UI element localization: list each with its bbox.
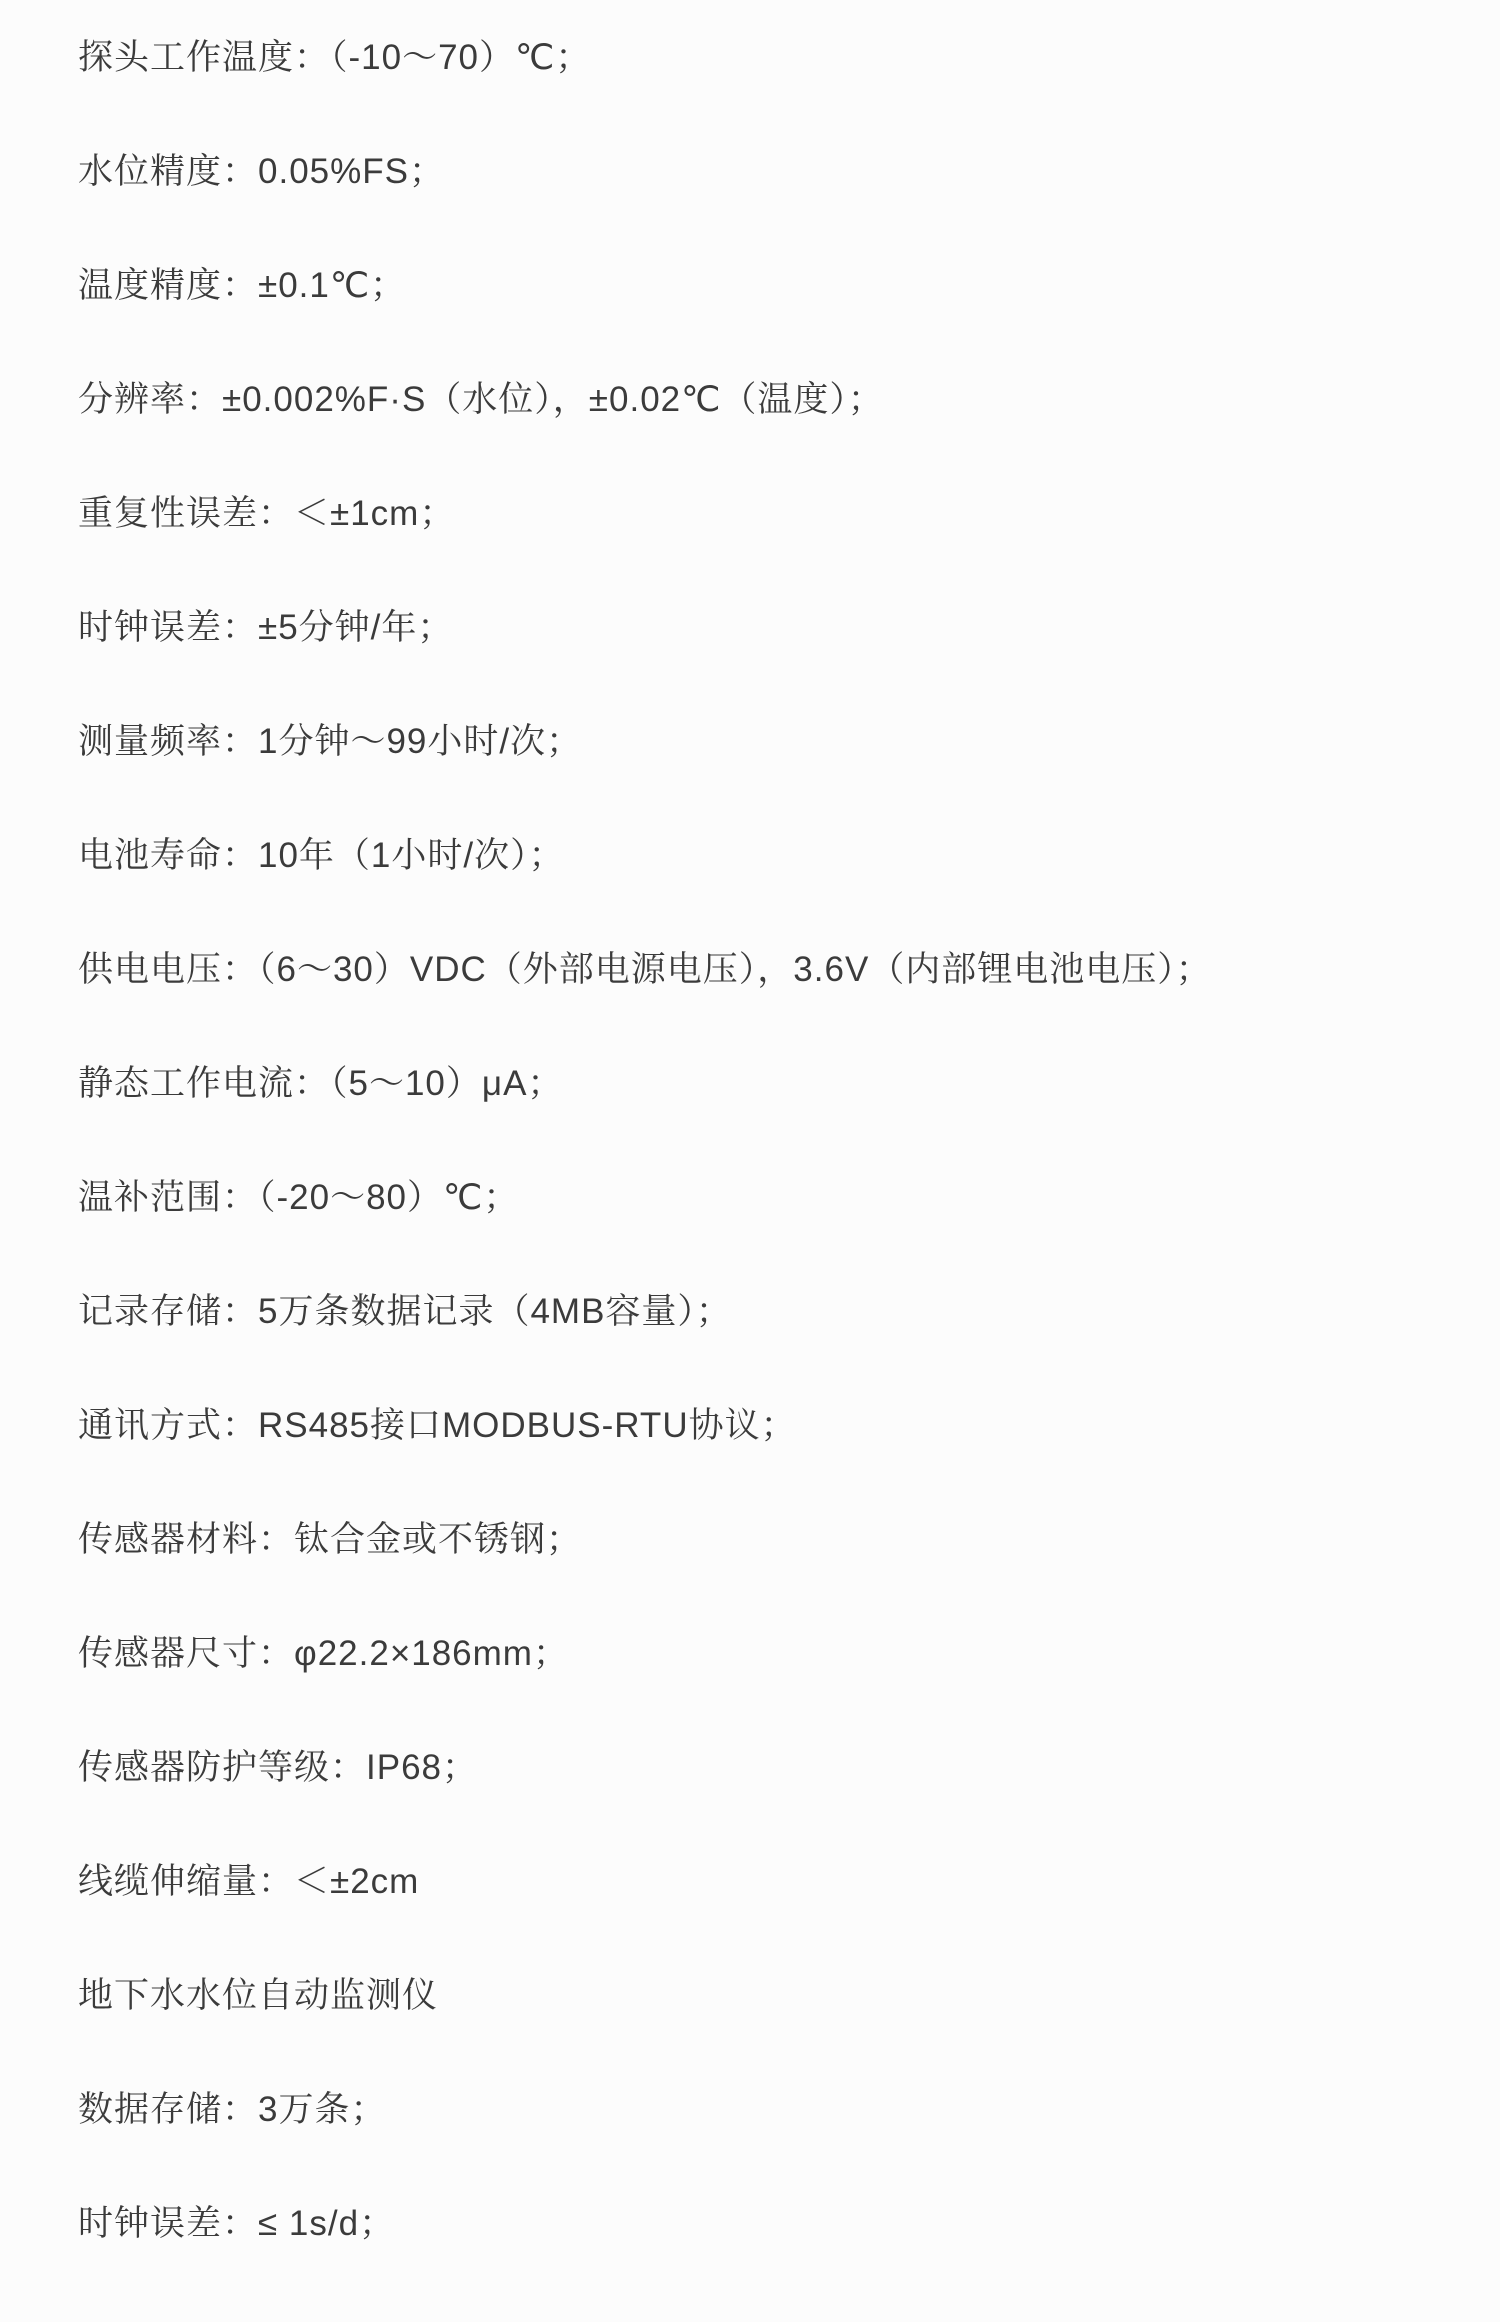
spec-line-sensor-dimensions: 传感器尺寸：φ22.2×186mm； [78,1636,1440,1671]
spec-line-communication-mode: 通讯方式：RS485接口MODBUS-RTU协议； [78,1408,1440,1443]
spec-line-supply-voltage: 供电电压：（6～30）VDC（外部电源电压），3.6V（内部锂电池电压）； [78,952,1440,987]
spec-line-temperature-compensation-range: 温补范围：（-20～80）℃； [78,1180,1440,1215]
spec-line-sensor-protection-rating: 传感器防护等级：IP68； [78,1750,1440,1785]
spec-line-cable-expansion: 线缆伸缩量：＜±2cm [78,1864,1440,1899]
spec-line-data-storage: 数据存储：3万条； [78,2092,1440,2127]
spec-line-measurement-frequency: 测量频率：1分钟～99小时/次； [78,724,1440,759]
spec-line-record-storage: 记录存储：5万条数据记录（4MB容量）； [78,1294,1440,1329]
spec-line-probe-working-temperature: 探头工作温度：（-10～70）℃； [78,40,1440,75]
spec-line-product-title: 地下水水位自动监测仪 [78,1978,1440,2013]
spec-line-temperature-accuracy: 温度精度：±0.1℃； [78,268,1440,303]
spec-line-repeatability-error: 重复性误差：＜±1cm； [78,496,1440,531]
spec-line-battery-life: 电池寿命：10年（1小时/次）； [78,838,1440,873]
spec-line-static-working-current: 静态工作电流：（5～10）μA； [78,1066,1440,1101]
spec-document: 探头工作温度：（-10～70）℃； 水位精度：0.05%FS； 温度精度：±0.… [0,0,1500,2241]
spec-line-clock-error: 时钟误差：±5分钟/年； [78,610,1440,645]
spec-line-resolution: 分辨率：±0.002%F·S（水位），±0.02℃（温度）； [78,382,1440,417]
spec-line-sensor-material: 传感器材料：钛合金或不锈钢； [78,1522,1440,1557]
spec-line-clock-error-daily: 时钟误差：≤ 1s/d； [78,2206,1440,2241]
spec-line-water-level-accuracy: 水位精度：0.05%FS； [78,154,1440,189]
